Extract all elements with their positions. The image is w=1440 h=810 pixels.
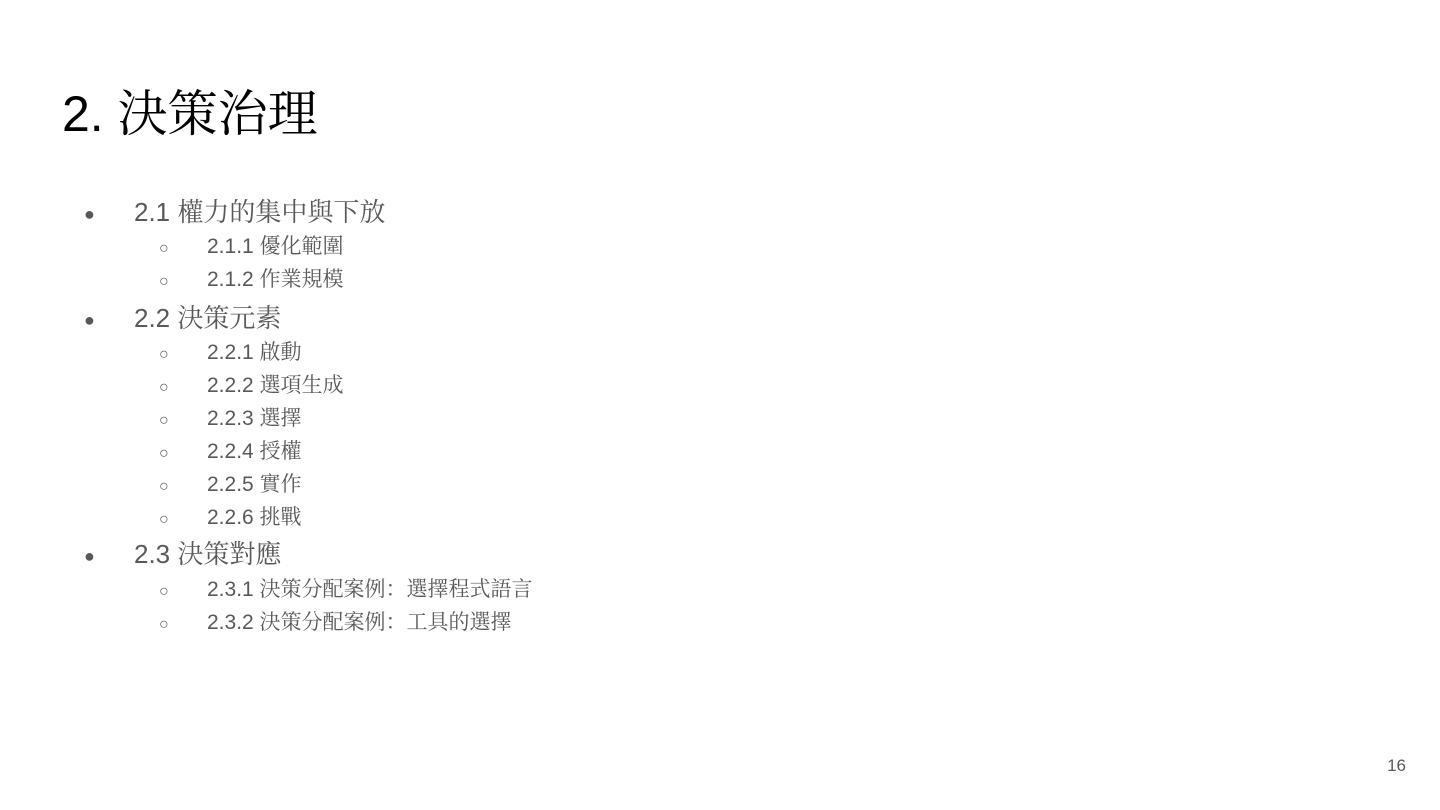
list-item: ○ 2.2.1 啟動 bbox=[207, 340, 302, 366]
bullet-hollow-icon: ○ bbox=[159, 236, 169, 262]
list-item: ○ 2.2.3 選擇 bbox=[207, 406, 302, 432]
bullet-hollow-icon: ○ bbox=[159, 375, 169, 401]
list-item-text: 2.1 權力的集中與下放 bbox=[134, 197, 385, 227]
list-item-text: 2.2.1 啟動 bbox=[207, 341, 302, 364]
bullet-hollow-icon: ○ bbox=[159, 579, 169, 605]
list-item-text: 2.2 決策元素 bbox=[134, 303, 281, 333]
bullet-filled-icon: ● bbox=[84, 305, 95, 335]
list-item-text: 2.3 決策對應 bbox=[134, 539, 281, 569]
bullet-filled-icon: ● bbox=[84, 199, 95, 229]
bullet-hollow-icon: ○ bbox=[159, 269, 169, 295]
list-item-text: 2.3.1 決策分配案例：選擇程式語言 bbox=[207, 578, 533, 601]
bullet-hollow-icon: ○ bbox=[159, 474, 169, 500]
list-item: ● 2.3 決策對應 bbox=[134, 539, 281, 569]
list-item: ○ 2.3.2 決策分配案例：工具的選擇 bbox=[207, 610, 512, 636]
bullet-hollow-icon: ○ bbox=[159, 441, 169, 467]
list-item-text: 2.2.2 選項生成 bbox=[207, 374, 344, 397]
bullet-hollow-icon: ○ bbox=[159, 612, 169, 638]
list-item: ● 2.2 決策元素 bbox=[134, 303, 281, 333]
list-item: ○ 2.1.2 作業規模 bbox=[207, 267, 344, 293]
list-item-text: 2.2.5 實作 bbox=[207, 473, 302, 496]
list-item: ○ 2.3.1 決策分配案例：選擇程式語言 bbox=[207, 577, 533, 603]
list-item-text: 2.2.3 選擇 bbox=[207, 407, 302, 430]
list-item-text: 2.3.2 決策分配案例：工具的選擇 bbox=[207, 611, 512, 634]
slide-title: 2. 決策治理 bbox=[62, 84, 318, 144]
list-item-text: 2.2.6 挑戰 bbox=[207, 506, 302, 529]
list-item-text: 2.1.2 作業規模 bbox=[207, 268, 344, 291]
bullet-hollow-icon: ○ bbox=[159, 507, 169, 533]
list-item-text: 2.1.1 優化範圍 bbox=[207, 235, 344, 258]
list-item: ○ 2.2.2 選項生成 bbox=[207, 373, 344, 399]
list-item: ○ 2.1.1 優化範圍 bbox=[207, 234, 344, 260]
list-item: ○ 2.2.5 實作 bbox=[207, 472, 302, 498]
page-number: 16 bbox=[1387, 756, 1406, 776]
bullet-filled-icon: ● bbox=[84, 541, 95, 571]
bullet-hollow-icon: ○ bbox=[159, 408, 169, 434]
list-item: ○ 2.2.4 授權 bbox=[207, 439, 302, 465]
list-item: ○ 2.2.6 挑戰 bbox=[207, 505, 302, 531]
list-item-text: 2.2.4 授權 bbox=[207, 440, 302, 463]
bullet-hollow-icon: ○ bbox=[159, 342, 169, 368]
list-item: ● 2.1 權力的集中與下放 bbox=[134, 197, 385, 227]
